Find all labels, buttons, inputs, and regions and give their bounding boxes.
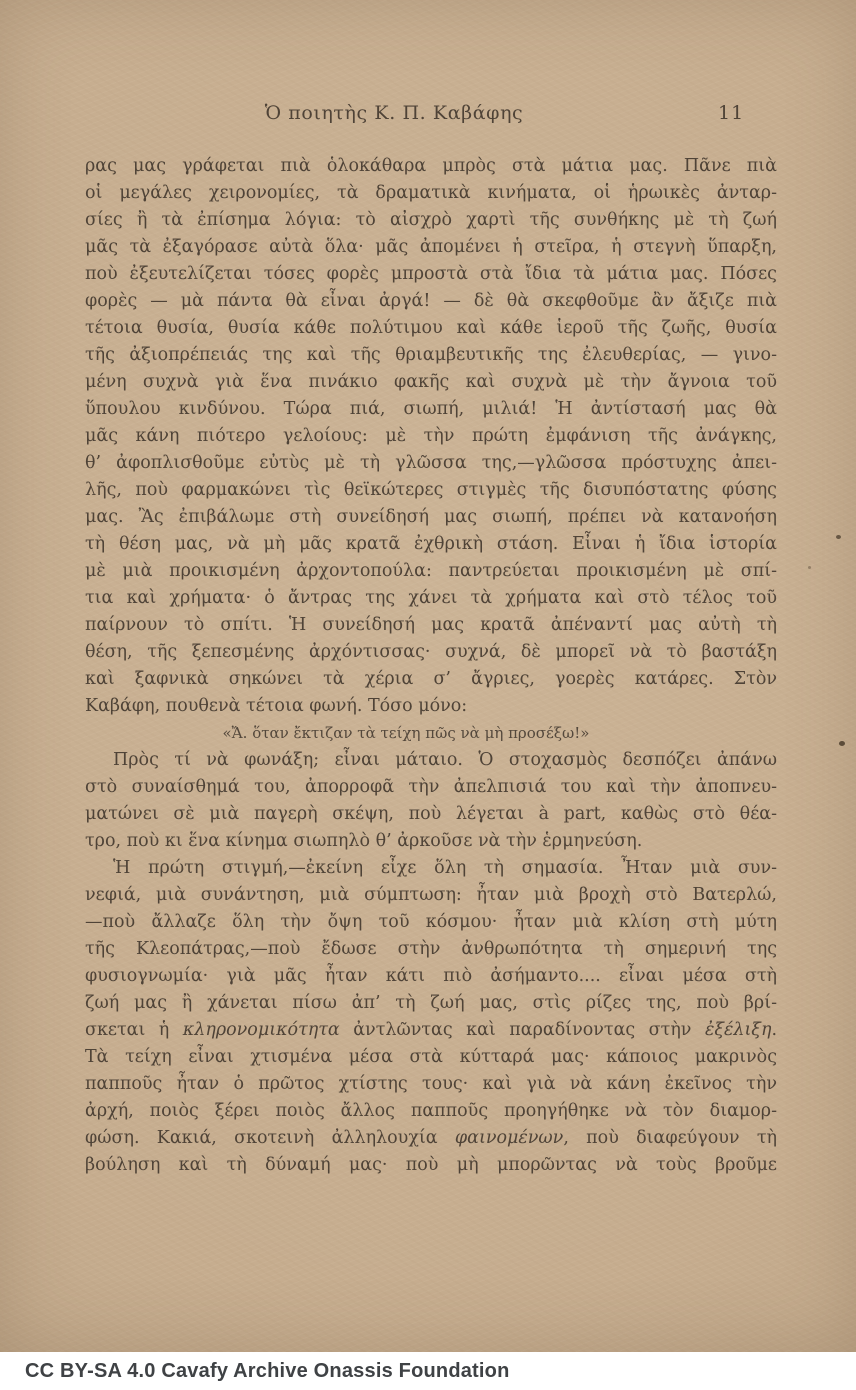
text-line: θέση, τῆς ξεπεσμένης ἀρχόντισσας· συχνά,… xyxy=(85,639,777,666)
text-line: παίρνουν τὸ σπίτι. Ἡ συνείδησή μας κρατᾶ… xyxy=(85,612,777,639)
text-line: βούληση καὶ τὴ δύναμή μας· ποὺ μὴ μπορῶν… xyxy=(85,1152,777,1179)
text-line: Τὰ τείχη εἶναι χτισμένα μέσα στὰ κύτταρά… xyxy=(85,1044,777,1071)
paper-speck xyxy=(836,535,841,539)
text-line: παπποῦς ἦταν ὁ πρῶτος χτίστης τους· καὶ … xyxy=(85,1071,777,1098)
text-line: οἱ μεγάλες χειρονομίες, τὰ δραματικὰ κιν… xyxy=(85,180,777,207)
license-bar: CC BY-SA 4.0 Cavafy Archive Onassis Foun… xyxy=(0,1352,856,1390)
text-line: —ποὺ ἄλλαζε ὅλη τὴν ὄψη τοῦ κόσμου· ἦταν… xyxy=(85,909,777,936)
text-line: ρας μας γράφεται πιὰ ὁλοκάθαρα μπρὸς στὰ… xyxy=(85,153,777,180)
page-number: 11 xyxy=(718,100,744,126)
running-header: Ὁ ποιητὴς Κ. Π. Καβάφης 11 xyxy=(85,100,777,128)
text-line: φυσιογνωμία· γιὰ μᾶς ἦταν κάτι πιὸ ἀσήμα… xyxy=(85,963,777,990)
license-text: CC BY-SA 4.0 Cavafy Archive Onassis Foun… xyxy=(25,1360,510,1383)
text-line: σίες ἢ τὰ ἐπίσημα λόγια: τὸ αἰσχρὸ χαρτὶ… xyxy=(85,207,777,234)
text-line: θ’ ἀφοπλισθοῦμε εὐτὺς μὲ τὴ γλῶσσα της,—… xyxy=(85,450,777,477)
paper-speck xyxy=(808,566,811,569)
text-line: ζωή μας ἢ χάνεται πίσω ἀπ’ τὴ ζωή μας, σ… xyxy=(85,990,777,1017)
text-line: νεφιά, μιὰ συνάντηση, μιὰ σύμπτωση: ἦταν… xyxy=(85,882,777,909)
text-line: ἀρχή, ποιὸς ξέρει ποιὸς ἄλλος παπποῦς πρ… xyxy=(85,1098,777,1125)
book-page-scan: Ὁ ποιητὴς Κ. Π. Καβάφης 11 ρας μας γράφε… xyxy=(0,0,856,1352)
text-line: στὸ συναίσθημά του, ἀπορροφᾶ τὴν ἀπελπισ… xyxy=(85,774,777,801)
text-block: ρας μας γράφεται πιὰ ὁλοκάθαρα μπρὸς στὰ… xyxy=(85,153,777,1179)
text-line: μὲ μιὰ προικισμένη ἀρχοντοπούλα: παντρεύ… xyxy=(85,558,777,585)
text-line: λῆς, ποὺ φαρμακώνει τὶς θεϊκώτερες στιγμ… xyxy=(85,477,777,504)
text-line: τῆς Κλεοπάτρας,—ποὺ ἔδωσε στὴν ἀνθρωπότη… xyxy=(85,936,777,963)
text-line: φώση. Κακιά, σκοτεινὴ ἀλληλουχία φαινομέ… xyxy=(85,1125,777,1152)
text-line: σκεται ἡ κληρονομικότητα ἀντλῶντας καὶ π… xyxy=(85,1017,777,1044)
text-line: τρο, ποὺ κι ἕνα κίνημα σιωπηλὸ θ’ ἀρκοῦσ… xyxy=(85,828,777,855)
text-line: τὴ θέση μας, νὰ μὴ μᾶς κρατᾶ ἐχθρικὴ στά… xyxy=(85,531,777,558)
text-line: μας. Ἂς ἐπιβάλωμε στὴ συνείδησή μας σιωπ… xyxy=(85,504,777,531)
text-line: τῆς ἀξιοπρέπειάς της καὶ τῆς θριαμβευτικ… xyxy=(85,342,777,369)
text-line: Καβάφη, πουθενὰ τέτοια φωνή. Τόσο μόνο: xyxy=(85,693,777,720)
text-line: Ἡ πρώτη στιγμή,—ἐκείνη εἶχε ὅλη τὴ σημασ… xyxy=(85,855,777,882)
text-line: ὕπουλου κινδύνου. Τώρα πιά, σιωπή, μιλιά… xyxy=(85,396,777,423)
text-line: μᾶς τὰ ἐξαγόρασε αὐτὰ ὅλα· μᾶς ἀπομένει … xyxy=(85,234,777,261)
text-line: τια καὶ χρήματα· ὁ ἄντρας της χάνει τὰ χ… xyxy=(85,585,777,612)
text-line: τέτοια θυσία, θυσία κάθε πολύτιμου καὶ κ… xyxy=(85,315,777,342)
paper-speck xyxy=(839,741,845,746)
text-line: φορὲς — μὰ πάντα θὰ εἶναι ἀργά! — δὲ θὰ … xyxy=(85,288,777,315)
verse-quote-line: «Ἄ. ὅταν ἔκτιζαν τὰ τείχη πῶς νὰ μὴ προσ… xyxy=(60,720,752,747)
text-line: ματώνει σὲ μιὰ παγερὴ σκέψη, ποὺ λέγεται… xyxy=(85,801,777,828)
running-header-title: Ὁ ποιητὴς Κ. Π. Καβάφης xyxy=(48,100,740,126)
text-line: μένη συχνὰ γιὰ ἕνα πινάκιο φακῆς καὶ συχ… xyxy=(85,369,777,396)
text-line: Πρὸς τί νὰ φωνάξη; εἶναι μάταιο. Ὁ στοχα… xyxy=(85,747,777,774)
text-line: μᾶς κάνη πιότερο γελοίους: μὲ τὴν πρώτη … xyxy=(85,423,777,450)
text-line: καὶ ξαφνικὰ σηκώνει τὰ χέρια σ’ ἄγριες, … xyxy=(85,666,777,693)
text-line: ποὺ ἐξευτελίζεται τόσες φορὲς μπροστὰ στ… xyxy=(85,261,777,288)
